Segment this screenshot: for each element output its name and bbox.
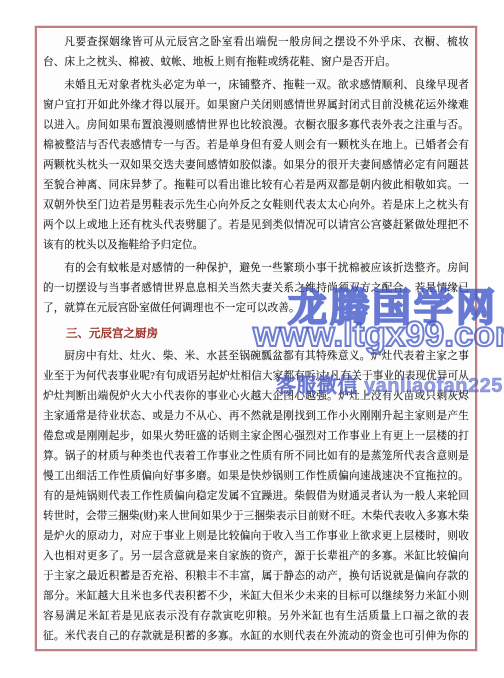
paragraph-bedroom-intro: 凡要查探姻缘皆可从元辰宫之卧室看出端倪一般房间之摆设不外乎床、衣橱、梳妆台、床上…	[43, 33, 469, 73]
paragraph-bedroom-mosquito-net: 有的会有蚊帐是对感情的一种保护，避免一些繁琐小事干扰棉被应该折迭整齐。房间的一切…	[43, 259, 469, 319]
scanned-document-page: 凡要查探姻缘皆可从元辰宫之卧室看出端倪一般房间之摆设不外乎床、衣橱、梳妆台、床上…	[0, 0, 504, 678]
section-heading-kitchen: 三、元辰宫之厨房	[43, 324, 469, 344]
document-text-box: 凡要查探姻缘皆可从元辰宫之卧室看出端倪一般房间之摆设不外乎床、衣橱、梳妆台、床上…	[35, 26, 477, 651]
paragraph-bedroom-details: 未婚且无对象者枕头必定为单一，床铺整齐、拖鞋一双。欲求感情顺利、良缘早现者窗户宜…	[43, 76, 469, 256]
paragraph-kitchen: 厨房中有灶、灶火、柴、米、水甚至锅碗瓢盆都有其特殊意义。炉灶代表着主家之事业至于…	[43, 347, 469, 651]
